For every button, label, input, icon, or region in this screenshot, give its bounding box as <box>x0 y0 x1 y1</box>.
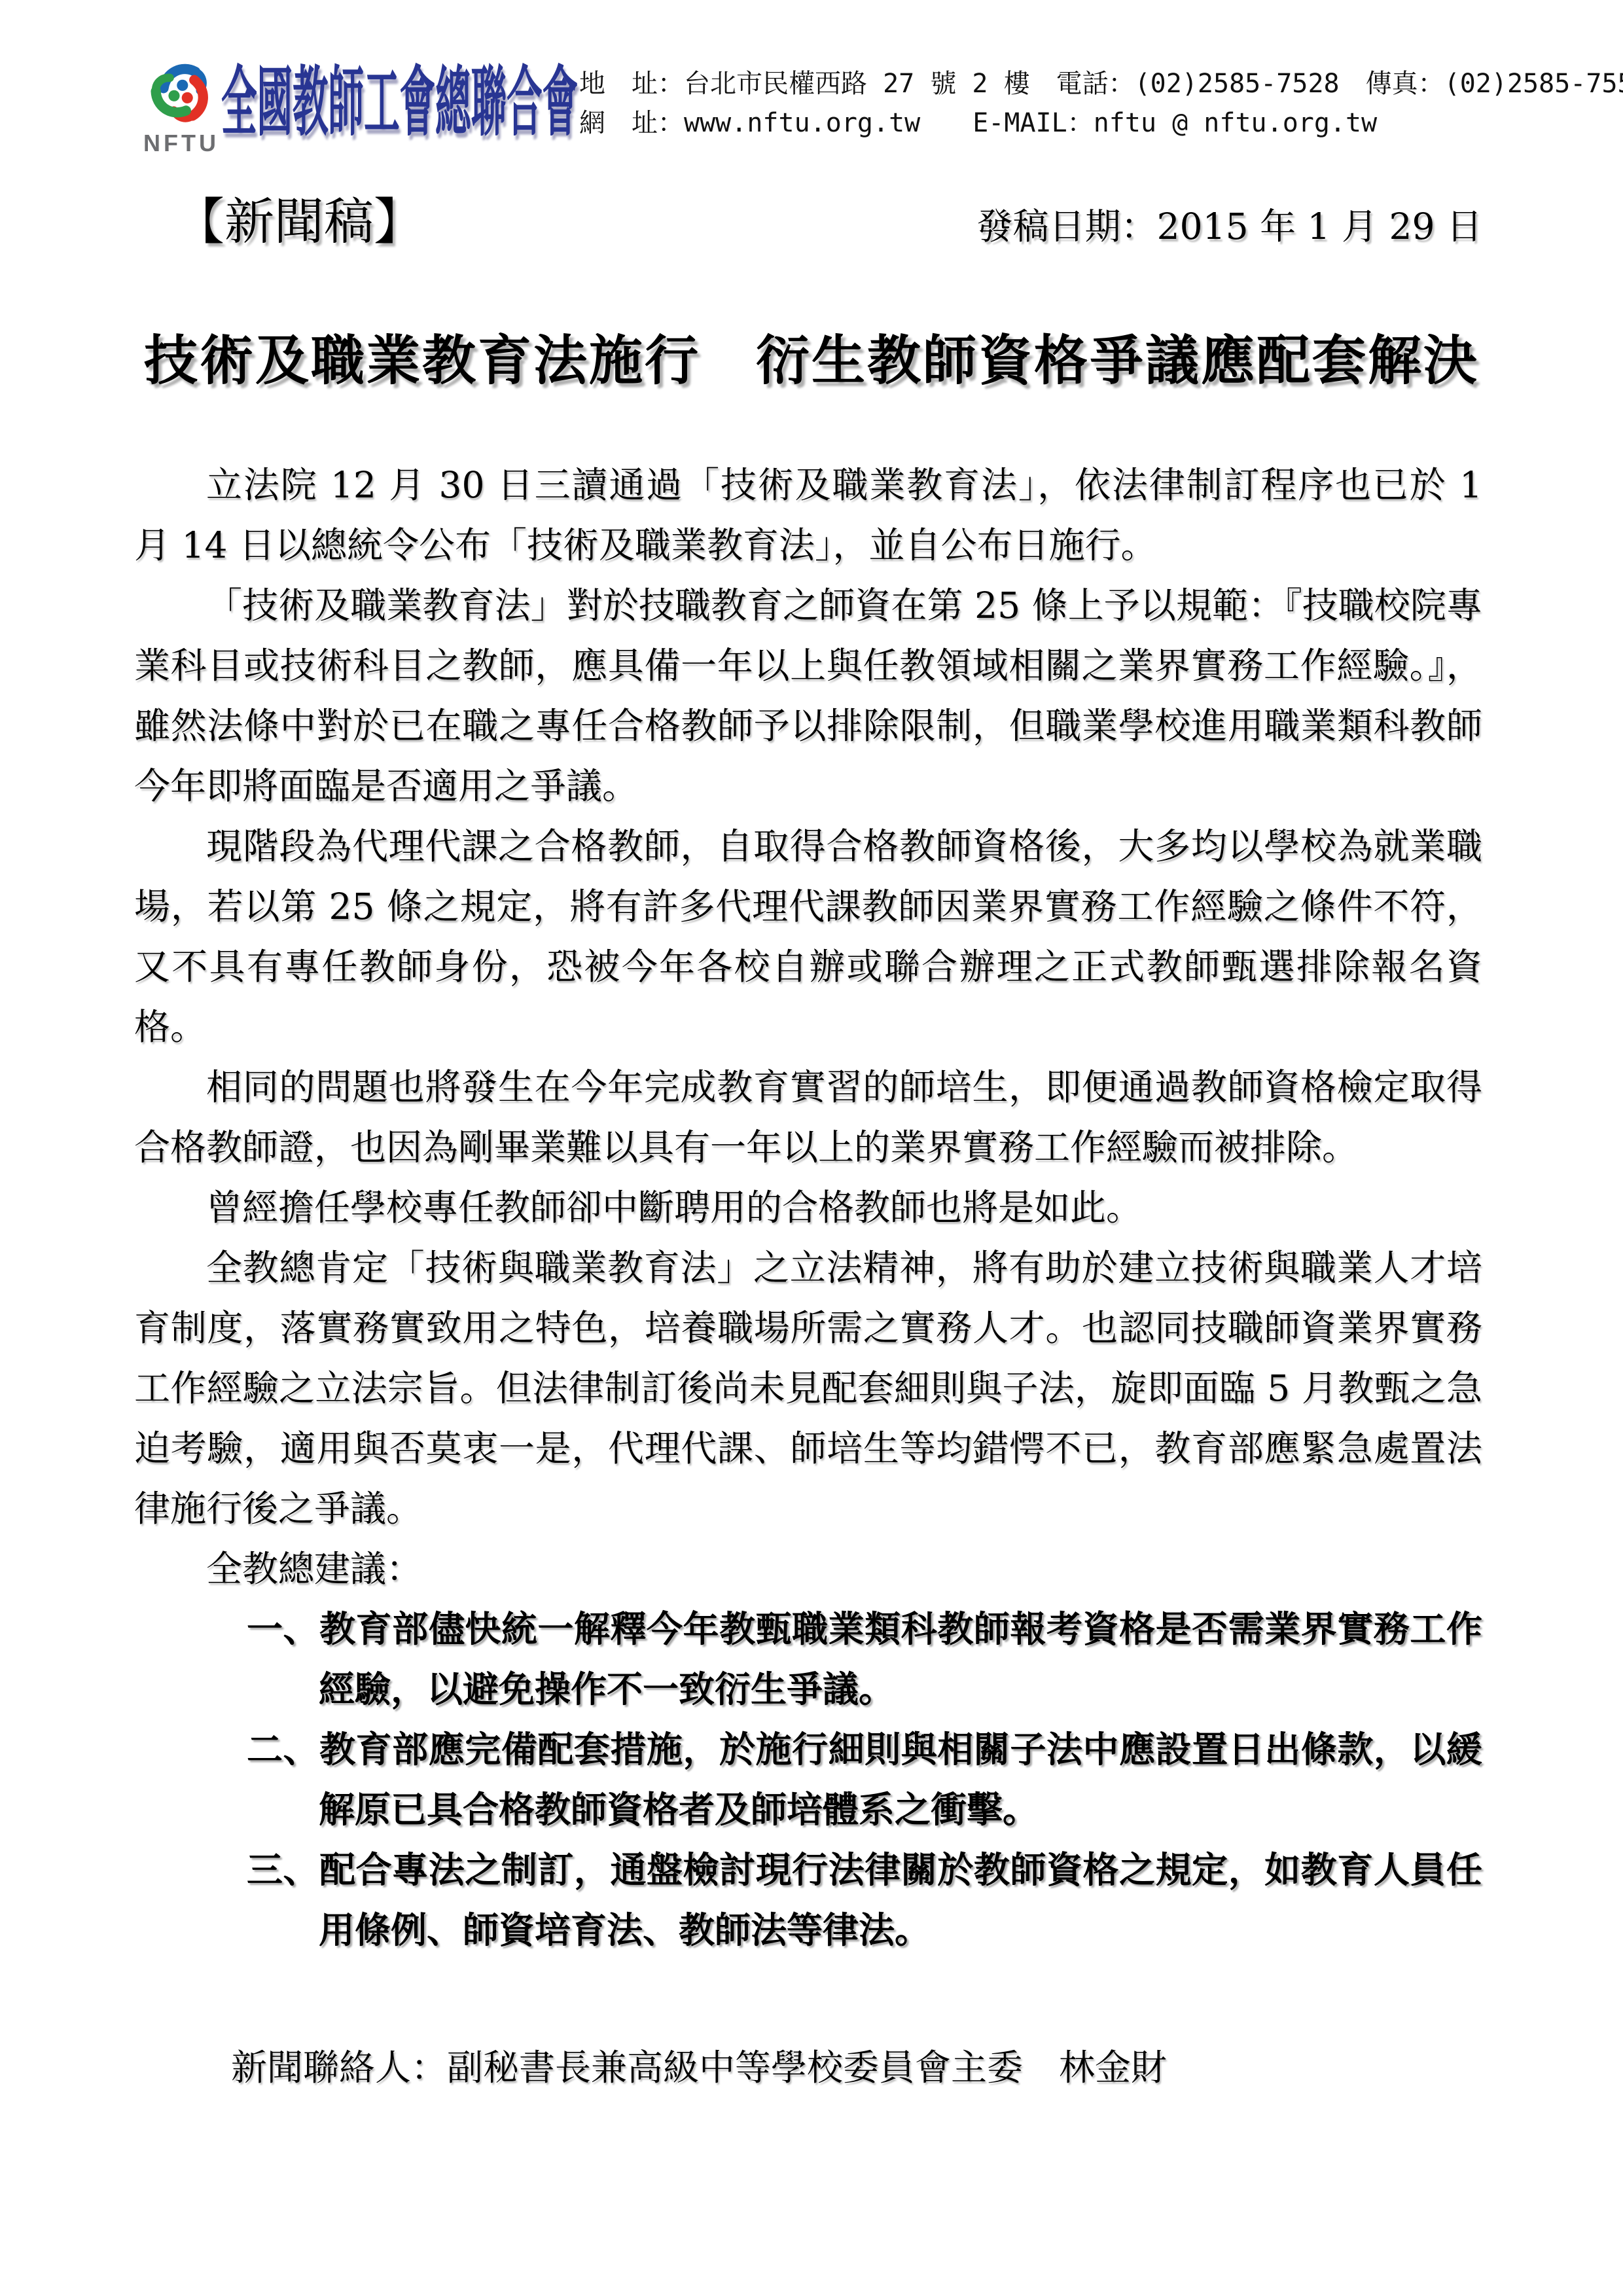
recommendation-text: 教育部應完備配套措施，於施行細則與相關子法中應設置日出條款，以緩解原已具合格教師… <box>319 1728 1482 1831</box>
recommendation-text: 教育部儘快統一解釋今年教甄職業類科教師報考資格是否需業界實務工作經驗，以避免操作… <box>319 1607 1482 1710</box>
recommendation-item: 一、教育部儘快統一解釋今年教甄職業類科教師報考資格是否需業界實務工作經驗，以避免… <box>134 1599 1482 1719</box>
paragraph: 全教總肯定「技術與職業教育法」之立法精神，將有助於建立技術與職業人才培育制度，落… <box>134 1238 1482 1539</box>
paragraph: 相同的問題也將發生在今年完成教育實習的師培生，即便通過教師資格檢定取得合格教師證… <box>134 1057 1482 1177</box>
body-text: 立法院 12 月 30 日三讀通過「技術及職業教育法」，依法律制訂程序也已於 1… <box>134 455 1482 1960</box>
letterhead: NFTU 全國教師工會總聯合會 地 址：台北市民權西路 27 號 2 樓 電話：… <box>0 0 1623 164</box>
paragraph: 現階段為代理代課之合格教師，自取得合格教師資格後，大多均以學校為就業職場，若以第… <box>134 816 1482 1057</box>
recommendation-marker: 三、 <box>247 1848 319 1891</box>
paragraph: 「技術及職業教育法」對於技職教育之師資在第 25 條上予以規範：『技職校院專業科… <box>134 575 1482 816</box>
paragraph-suggest-intro: 全教總建議： <box>134 1539 1482 1599</box>
organization-name: 全國教師工會總聯合會 <box>221 63 578 143</box>
doc-type-label: 【新聞稿】 <box>134 182 423 253</box>
contact-address-phone-fax: 地 址：台北市民權西路 27 號 2 樓 電話：(02)2585-7528 傳真… <box>579 64 1623 103</box>
press-contact-line: 新聞聯絡人：副秘書長兼高級中等學校委員會主委 林金財 <box>134 2037 1482 2098</box>
contact-block: 地 址：台北市民權西路 27 號 2 樓 電話：(02)2585-7528 傳真… <box>579 64 1623 143</box>
contact-web-email: 網 址：www.nftu.org.tw E-MAIL：nftu @ nftu.o… <box>579 103 1623 143</box>
press-release-page: NFTU 全國教師工會總聯合會 地 址：台北市民權西路 27 號 2 樓 電話：… <box>0 0 1623 2296</box>
paragraph: 曾經擔任學校專任教師卻中斷聘用的合格教師也將是如此。 <box>134 1177 1482 1238</box>
nftu-logo: NFTU <box>143 58 220 157</box>
paragraph: 立法院 12 月 30 日三讀通過「技術及職業教育法」，依法律制訂程序也已於 1… <box>134 455 1482 575</box>
recommendation-marker: 一、 <box>247 1607 319 1650</box>
nftu-acronym: NFTU <box>143 130 220 157</box>
nftu-triskelion-icon <box>143 58 220 128</box>
doc-meta-row: 【新聞稿】 發稿日期：2015 年 1 月 29 日 <box>134 182 1482 253</box>
recommendation-marker: 二、 <box>247 1728 319 1770</box>
recommendation-item: 二、教育部應完備配套措施，於施行細則與相關子法中應設置日出條款，以緩解原已具合格… <box>134 1719 1482 1840</box>
recommendation-text: 配合專法之制訂，通盤檢討現行法律關於教師資格之規定，如教育人員任用條例、師資培育… <box>319 1848 1482 1951</box>
recommendation-item: 三、配合專法之制訂，通盤檢討現行法律關於教師資格之規定，如教育人員任用條例、師資… <box>134 1840 1482 1960</box>
page-title: 技術及職業教育法施行 衍生教師資格爭議應配套解決 <box>0 318 1623 395</box>
release-date: 發稿日期：2015 年 1 月 29 日 <box>977 198 1482 249</box>
